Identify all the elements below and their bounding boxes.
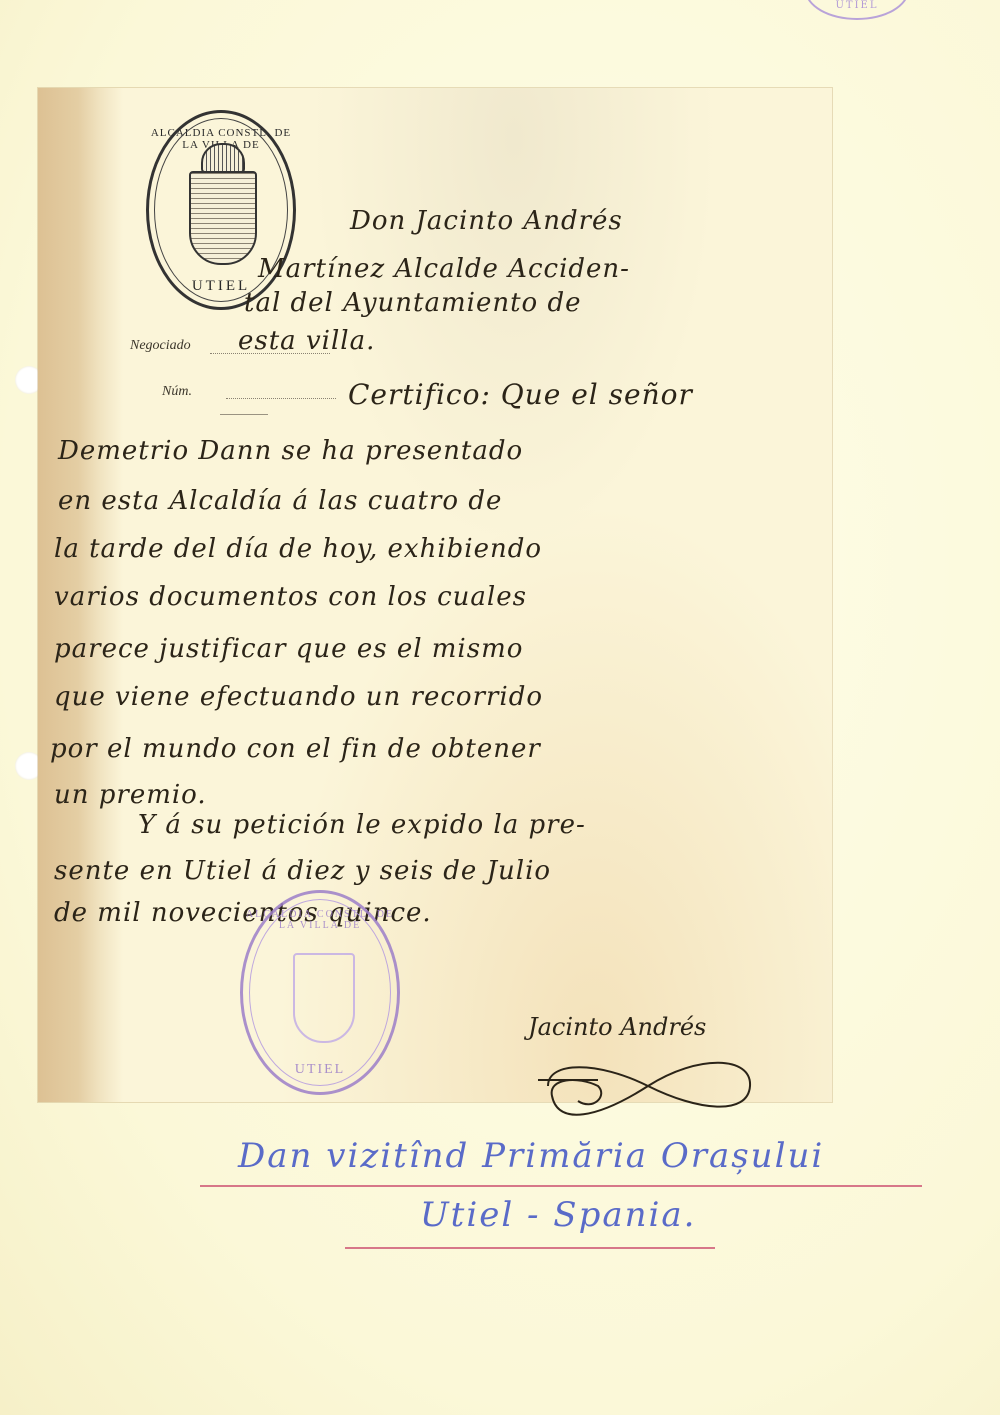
violet-stamp-top-text: ALCALDIA CONSTL. DE LA VILLA DE bbox=[243, 909, 397, 931]
negociado-value: esta villa. bbox=[238, 326, 375, 356]
signature: Jacinto Andrés bbox=[528, 1013, 706, 1041]
caption-line-2: Utiel - Spania. bbox=[420, 1195, 696, 1235]
seal-top-text: ALCALDIA CONSTL. DE LA VILLA DE bbox=[149, 127, 293, 151]
crown-icon bbox=[201, 143, 245, 173]
negociado-label: Negociado bbox=[130, 338, 191, 354]
num-label: Núm. bbox=[162, 384, 192, 400]
castle-shield-icon bbox=[189, 171, 257, 265]
corner-stamp-text: UTIEL bbox=[836, 0, 879, 11]
letter-line-2: Martínez Alcalde Acciden- bbox=[258, 254, 630, 284]
letter-line-14: sente en Utiel á diez y seis de Julio bbox=[54, 856, 551, 886]
violet-shield-icon bbox=[293, 953, 355, 1043]
signature-flourish-icon bbox=[538, 1056, 758, 1118]
letter-line-13: Y á su petición le expido la pre- bbox=[138, 810, 586, 840]
official-violet-stamp: ALCALDIA CONSTL. DE LA VILLA DE UTIEL bbox=[240, 890, 400, 1095]
letter-line-11: por el mundo con el fin de obtener bbox=[50, 734, 541, 764]
caption-line-1: Dan vizitînd Primăria Orașului bbox=[238, 1136, 824, 1176]
num-dotted-line bbox=[226, 398, 336, 399]
num-rule bbox=[220, 414, 268, 415]
letter-line-7: la tarde del día de hoy, exhibiendo bbox=[54, 534, 542, 564]
letter-line-8: varios documentos con los cuales bbox=[54, 582, 527, 612]
certificate-paper: ALCALDIA CONSTL. DE LA VILLA DE UTIEL Ne… bbox=[38, 88, 832, 1102]
letter-line-9: parece justificar que es el mismo bbox=[54, 634, 523, 664]
caption-underline-2 bbox=[345, 1247, 715, 1249]
letter-line-1: Don Jacinto Andrés bbox=[350, 206, 623, 236]
letter-line-5: Demetrio Dann se ha presentado bbox=[58, 436, 523, 466]
letter-line-3: tal del Ayuntamiento de bbox=[244, 288, 582, 318]
letter-line-10: que viene efectuando un recorrido bbox=[54, 682, 543, 712]
corner-stamp-partial: UTIEL bbox=[805, 0, 909, 20]
violet-stamp-bottom-text: UTIEL bbox=[243, 1062, 397, 1078]
letter-line-6: en esta Alcaldía á las cuatro de bbox=[58, 486, 502, 516]
letter-line-12: un premio. bbox=[54, 780, 207, 810]
letter-line-4: Certifico: Que el señor bbox=[348, 378, 693, 411]
caption-underline-1 bbox=[200, 1185, 922, 1187]
